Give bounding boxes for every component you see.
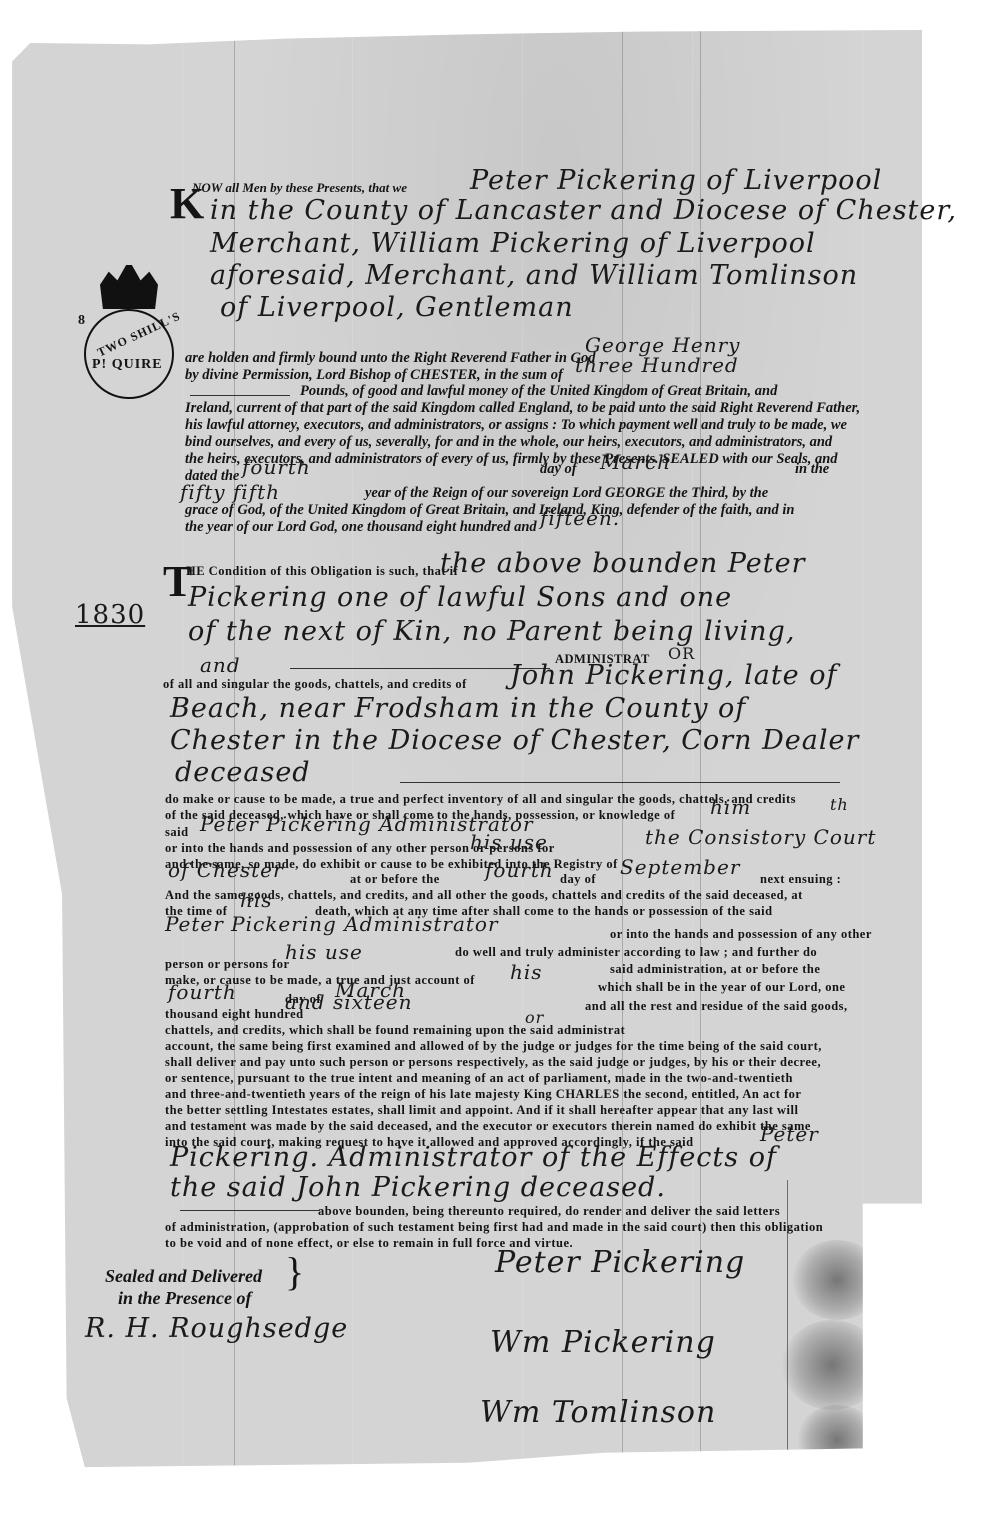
attestation-label-1: Sealed and Delivered (105, 1265, 262, 1287)
condition-line-3: of the next of Kin, no Parent being livi… (188, 616, 795, 647)
stamp-mark: 8 (78, 313, 85, 329)
obligor-line-2: in the County of Lancaster and Diocese o… (210, 195, 957, 226)
body-line: said administration, at or before the (610, 960, 820, 979)
wax-seal-mark (782, 1320, 882, 1410)
witness-signature: R. H. Roughsedge (85, 1313, 348, 1344)
brace-icon: } (285, 1262, 304, 1281)
bond-day: fourth (242, 455, 311, 479)
deceased-place-1: Beach, near Frodsham in the County of (170, 693, 746, 724)
blank-rule (190, 395, 290, 396)
blank-rule (180, 1210, 320, 1211)
blank-rule (400, 782, 840, 783)
fill-account-day: fourth (168, 980, 237, 1004)
bond-text-in-the: in the (795, 460, 829, 479)
condition-line-1: the above bounden Peter (440, 548, 805, 579)
body-line: and all the rest and residue of the said… (585, 997, 848, 1016)
fill-due-day: fourth (485, 858, 554, 882)
bond-text-day-of: day of (540, 460, 577, 479)
fill-account-year: and sixteen (285, 990, 413, 1014)
condition-goods-text: of all and singular the goods, chattels,… (163, 675, 467, 694)
signature-wm-pickering: Wm Pickering (490, 1325, 716, 1360)
fill-his-use-2: his use (285, 940, 363, 964)
obligor-line-4: aforesaid, Merchant, and William Tomlins… (210, 260, 858, 291)
body-line: or into the hands and possession of any … (610, 925, 872, 944)
deceased-name: John Pickering, late of (510, 660, 837, 691)
bond-year: fifteen. (540, 506, 620, 530)
fill-due-month: September (620, 855, 740, 879)
obligor-line-3: Merchant, William Pickering of Liverpool (210, 228, 816, 259)
condition-line-2: Pickering one of lawful Sons and one (188, 582, 732, 613)
wax-seal-mark (797, 1405, 877, 1475)
condition-and: and (200, 653, 241, 677)
fill-of-chester: of Chester (168, 858, 284, 882)
fill-his-2: his (510, 960, 543, 984)
bond-text-line: the year of our Lord God, one thousand e… (185, 518, 537, 537)
bond-sum: three Hundred (575, 353, 739, 377)
bond-month: March (600, 450, 671, 474)
attestation-label-2: in the Presence of (118, 1287, 251, 1309)
signature-peter-pickering: Peter Pickering (495, 1245, 745, 1280)
fill-his: his (240, 888, 273, 912)
wax-seal-mark (792, 1240, 882, 1320)
fill-his-use: his use (470, 830, 548, 854)
obligor-line-1: Peter Pickering of Liverpool (470, 165, 882, 196)
fill-registry: the Consistory Court (645, 825, 876, 849)
fill-him: him (710, 795, 751, 819)
fill-or: or (525, 1008, 544, 1027)
fill-th: th (830, 795, 849, 814)
deceased-label: deceased (175, 757, 311, 788)
obligor-line-5: of Liverpool, Gentleman (220, 292, 574, 323)
deceased-place-2: Chester in the Diocese of Chester, Corn … (170, 725, 859, 756)
closing-line-1: Pickering. Administrator of the Effects … (170, 1142, 777, 1173)
fill-administrator-2: Peter Pickering Administrator (165, 912, 499, 936)
signature-wm-tomlinson: Wm Tomlinson (480, 1395, 716, 1430)
condition-opening: HE Condition of this Obligation is such,… (186, 562, 458, 581)
closing-line-2: the said John Pickering deceased. (170, 1172, 666, 1203)
margin-note: 1830 (75, 600, 145, 630)
body-line: which shall be in the year of our Lord, … (598, 978, 845, 997)
stamp-bottom-text: P! QUIRE (92, 357, 163, 373)
revenue-stamp: TWO SHILL'S P! QUIRE 8 (78, 265, 188, 395)
crown-icon (100, 265, 158, 309)
